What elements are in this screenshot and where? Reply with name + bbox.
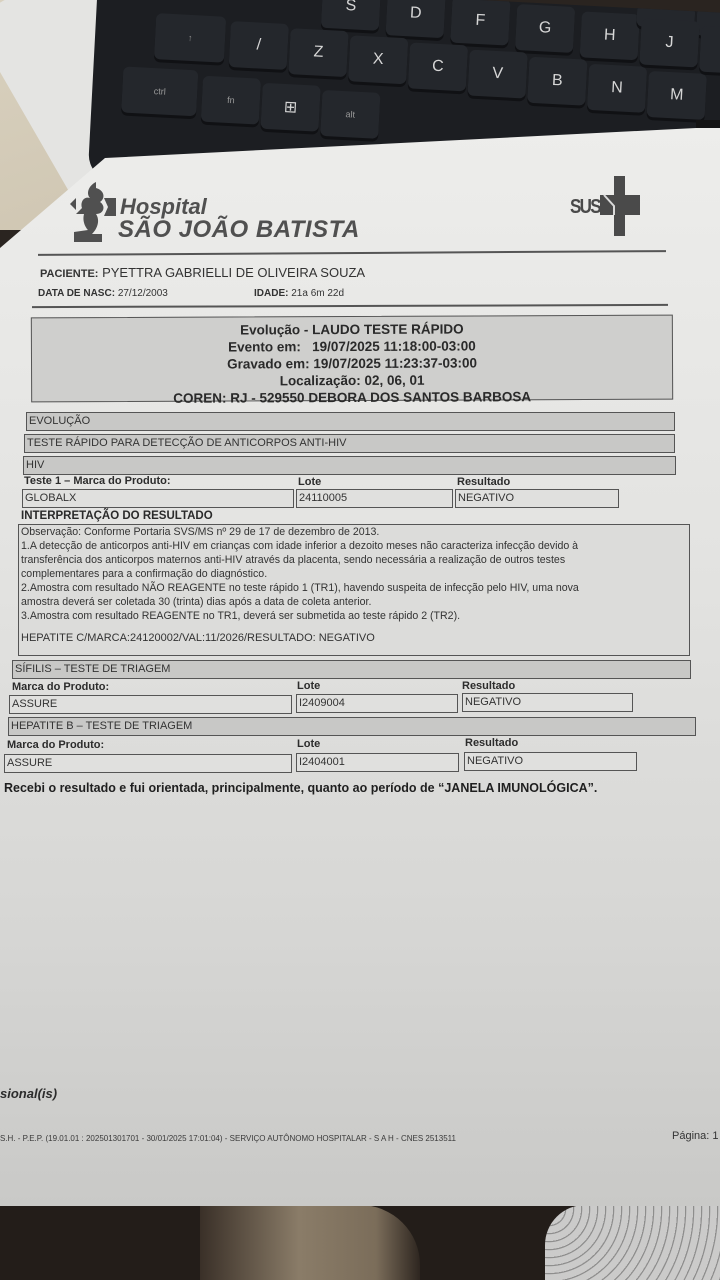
- sus-label: SUS: [570, 196, 600, 219]
- hiv-lot-label: Lote: [298, 476, 321, 488]
- hiv-brand-field: GLOBALX: [22, 489, 294, 508]
- divider: [38, 250, 666, 256]
- interpretation-line: transferência dos anticorpos maternos an…: [21, 553, 689, 567]
- professionals-label: sional(is): [0, 1086, 57, 1101]
- hiv-result-field: NEGATIVO: [455, 489, 619, 508]
- sus-logo: SUS: [570, 176, 650, 236]
- hepatitis-b-brand-field: ASSURE: [4, 754, 292, 773]
- patient-label: PACIENTE:: [40, 268, 98, 280]
- patient-dob-line: DATA DE NASC: 27/12/2003 IDADE: 21a 6m 2…: [38, 288, 438, 299]
- report-header: Evolução - LAUDO TESTE RÁPIDO Evento em:…: [31, 315, 673, 403]
- patient-name-line: PACIENTE: PYETTRA GABRIELLI DE OLIVEIRA …: [40, 265, 365, 280]
- interpretation-line: amostra deverá ser coletada 30 (trinta) …: [21, 595, 689, 609]
- dob-value: 27/12/2003: [118, 288, 168, 299]
- interpretation-line: 2.Amostra com resultado NÃO REAGENTE no …: [21, 581, 689, 595]
- interpretation-line: complementares para a confirmação do dia…: [21, 567, 689, 581]
- syphilis-result-label: Resultado: [462, 680, 515, 692]
- interpretation-title: INTERPRETAÇÃO DO RESULTADO: [21, 510, 213, 522]
- syphilis-lot-field: I2409004: [296, 694, 458, 713]
- section-syphilis: SÍFILIS – TESTE DE TRIAGEM: [12, 660, 691, 679]
- hepatitis-b-result-label: Resultado: [465, 737, 518, 749]
- hepatitis-b-result-field: NEGATIVO: [464, 752, 637, 771]
- syphilis-lot-label: Lote: [297, 680, 320, 692]
- syphilis-result-field: NEGATIVO: [462, 693, 633, 712]
- hospital-emblem-icon: [66, 180, 118, 244]
- hospital-logo: Hospital SÃO JOÃO BATISTA: [66, 180, 336, 246]
- interpretation-line: 1.A detecção de anticorpos anti-HIV em c…: [21, 539, 689, 553]
- logo-line-2: SÃO JOÃO BATISTA: [118, 216, 360, 244]
- divider: [32, 304, 668, 308]
- section-hiv-test-title: TESTE RÁPIDO PARA DETECÇÃO DE ANTICORPOS…: [24, 434, 675, 453]
- hepatitis-b-lot-field: I2404001: [296, 753, 459, 772]
- hiv-brand-label: Teste 1 – Marca do Produto:: [24, 475, 171, 487]
- sus-cross-icon: [600, 176, 642, 236]
- footer-system-info: S.H. - P.E.P. (19.01.01 : 202501301701 -…: [0, 1134, 456, 1143]
- hiv-lot-field: 24110005: [296, 489, 453, 508]
- lab-report: Hospital SÃO JOÃO BATISTA SUS PACIENTE: …: [0, 0, 720, 1278]
- interpretation-line: Observação: Conforme Portaria SVS/MS nº …: [21, 525, 689, 539]
- page-number: Página: 1: [672, 1130, 718, 1142]
- patient-name: PYETTRA GABRIELLI DE OLIVEIRA SOUZA: [102, 265, 365, 280]
- section-hepatitis-b: HEPATITE B – TESTE DE TRIAGEM: [8, 717, 696, 736]
- interpretation-line: 3.Amostra com resultado REAGENTE no TR1,…: [21, 609, 689, 623]
- coren: COREN: RJ - 529550 DEBORA DOS SANTOS BAR…: [32, 388, 672, 408]
- section-evolution: EVOLUÇÃO: [26, 412, 675, 431]
- hepatitis-c-result: HEPATITE C/MARCA:24120002/VAL:11/2026/RE…: [21, 631, 689, 645]
- hepatitis-b-brand-label: Marca do Produto:: [7, 739, 104, 751]
- hepatitis-b-lot-label: Lote: [297, 738, 320, 750]
- interpretation-box: Observação: Conforme Portaria SVS/MS nº …: [18, 524, 690, 656]
- hiv-result-label: Resultado: [457, 476, 510, 488]
- dob-label: DATA DE NASC:: [38, 288, 115, 299]
- age-field: IDADE: 21a 6m 22d: [254, 288, 344, 299]
- age-value: 21a 6m 22d: [291, 288, 344, 299]
- section-hiv: HIV: [23, 456, 676, 475]
- age-label: IDADE:: [254, 288, 288, 299]
- syphilis-brand-field: ASSURE: [9, 695, 292, 714]
- syphilis-brand-label: Marca do Produto:: [12, 681, 109, 693]
- acknowledgement-text: Recebi o resultado e fui orientada, prin…: [4, 781, 597, 795]
